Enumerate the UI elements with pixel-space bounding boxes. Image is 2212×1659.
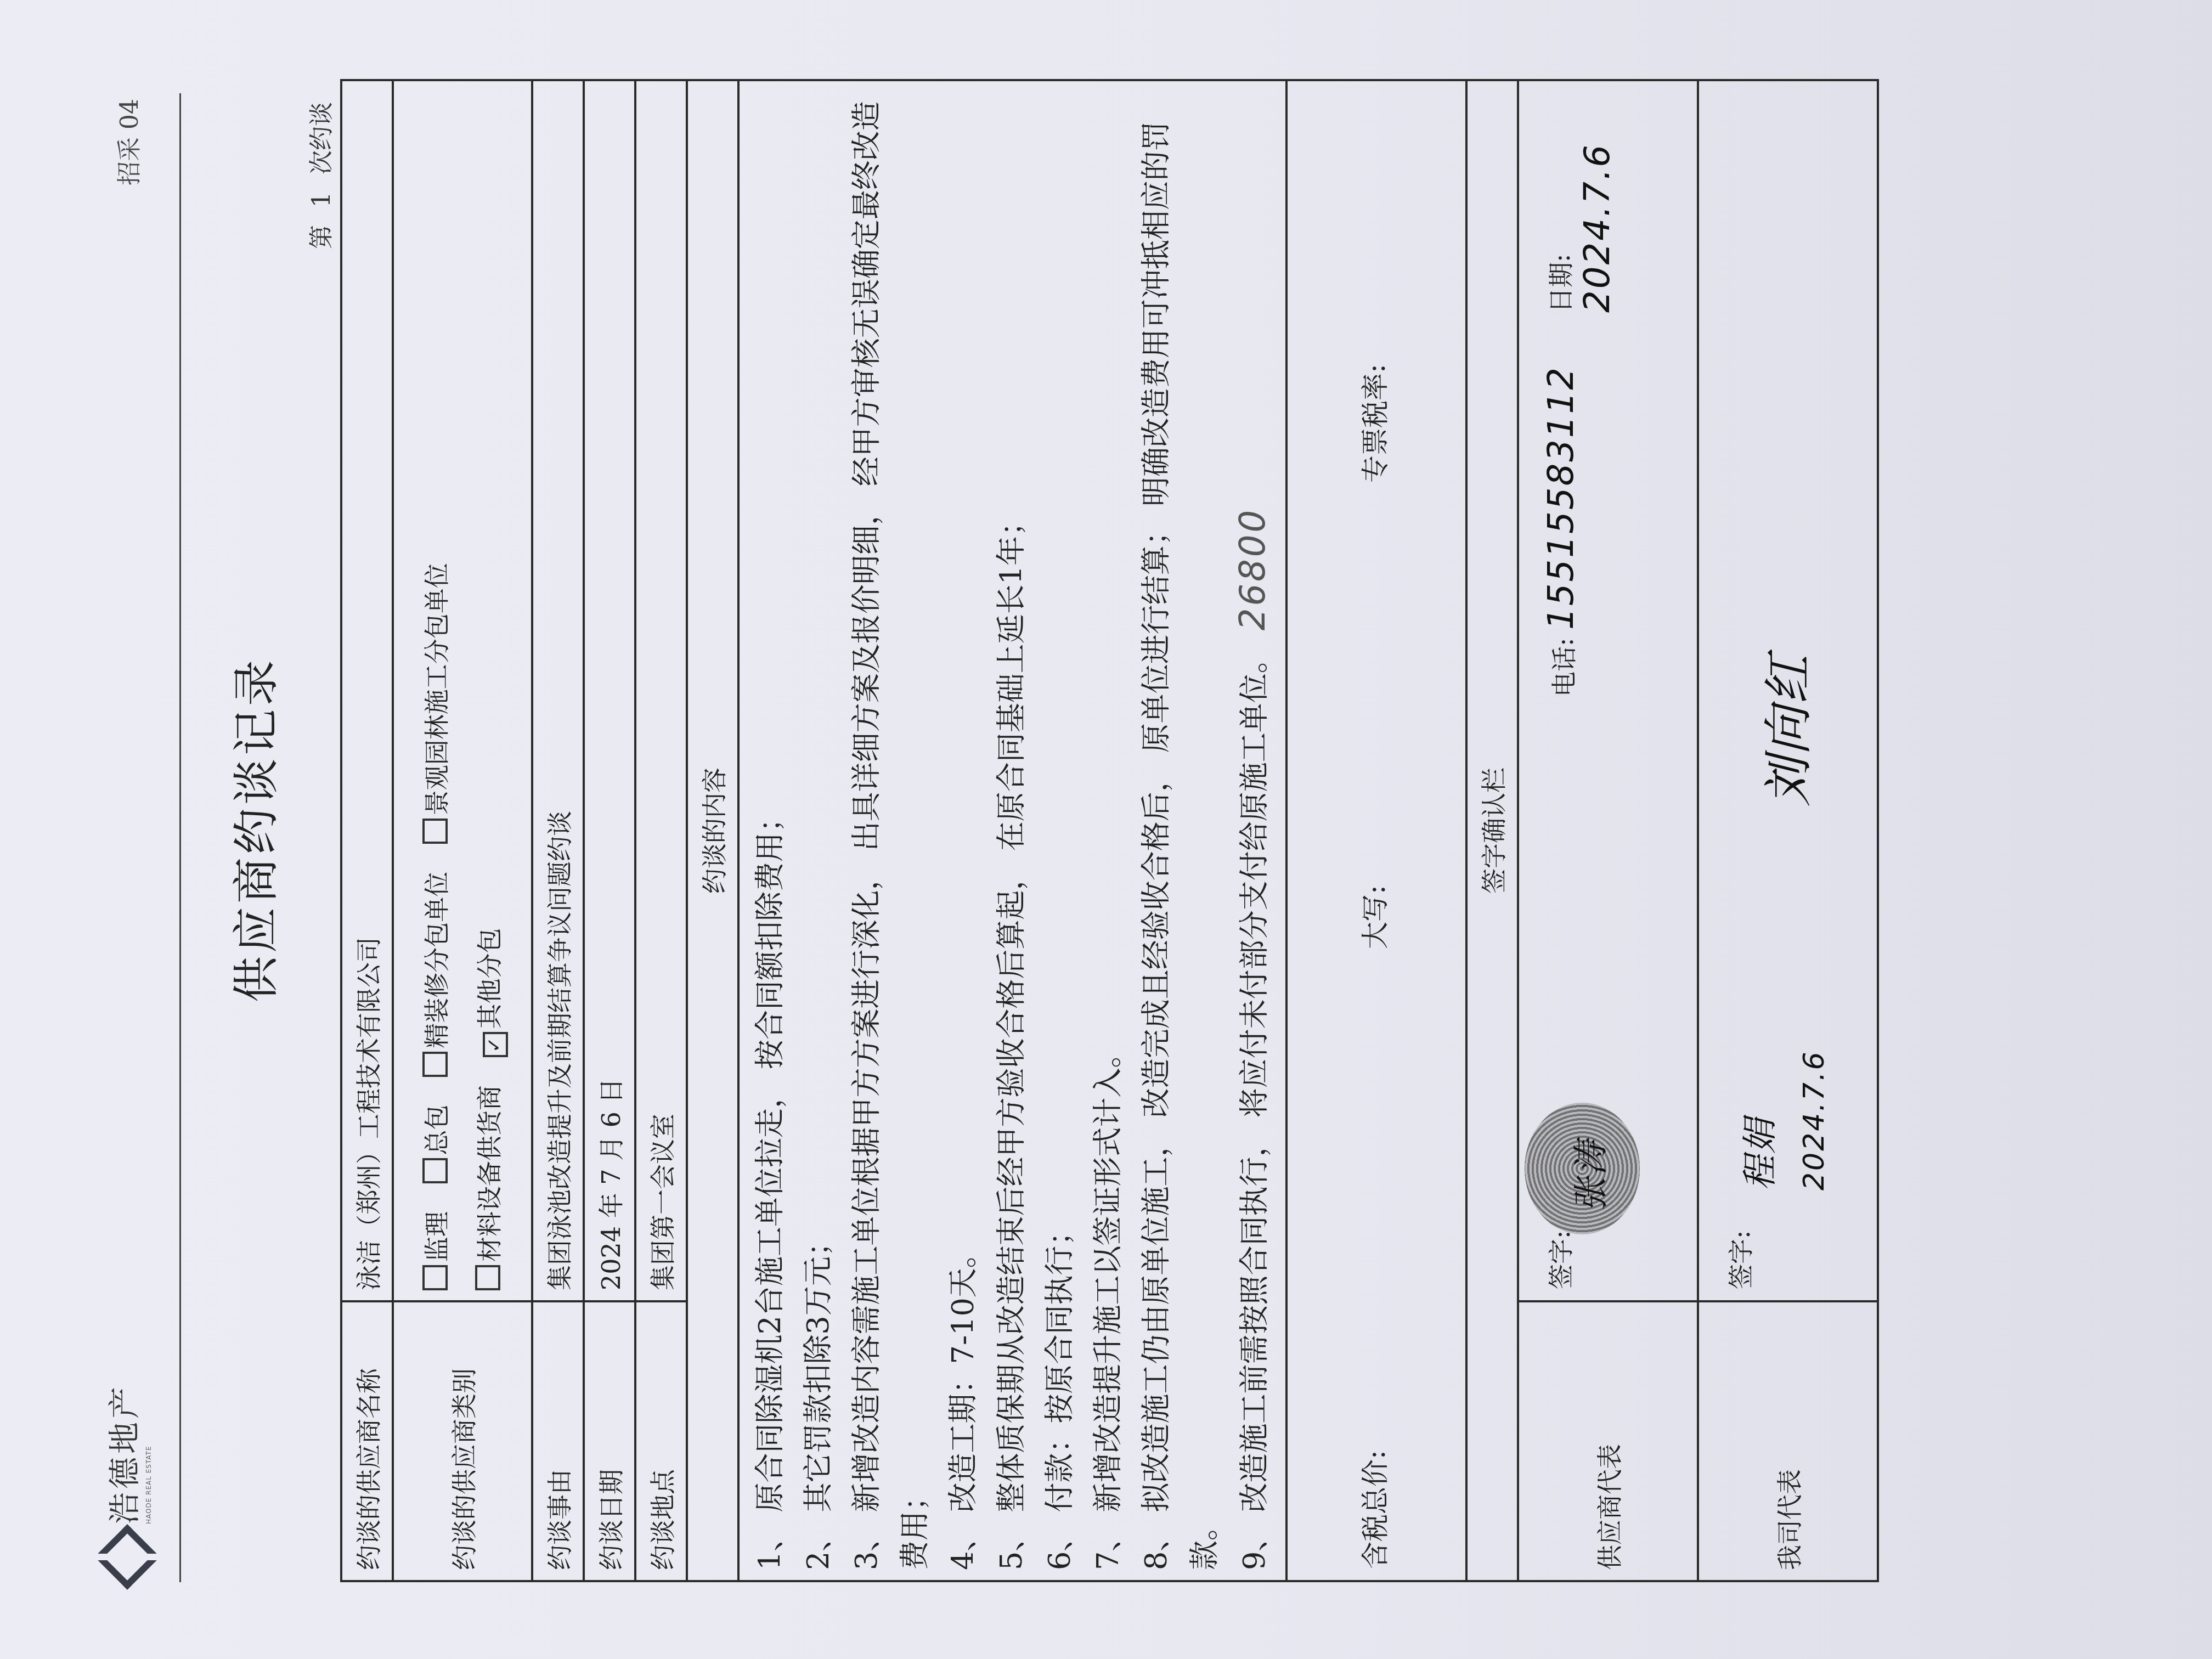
category-general-contractor[interactable]: 总包 (422, 1104, 452, 1183)
content-item: 6、 付款：按原合同执行； (1036, 91, 1084, 1570)
document-page: 浩德地产 HAODE REAL ESTATE 招采 04 供应商约谈记录 第1次… (0, 0, 2212, 1659)
supplier-name-value: 泳洁（郑州）工程技术有限公司 (341, 80, 393, 1301)
content-item: 9、 改造施工前需按照合同执行， 将应付未付部分支付给原施工单位。26800 (1229, 91, 1279, 1570)
checkbox-icon[interactable] (422, 819, 448, 844)
content-item: 3、 新增改造内容需施工单位根据甲方方案进行深化， 出具详细方案及报价明细， 经… (843, 91, 939, 1570)
checkbox-icon[interactable] (422, 1265, 448, 1290)
date-label: 约谈日期 (584, 1301, 635, 1581)
content-item: 5、 整体质保期从改造结束后经甲方验收合格后算起， 在原合同基础上延长1年； (988, 91, 1036, 1570)
header-divider (179, 93, 181, 1582)
date-value: 2024 年 7 月 6 日 (584, 80, 635, 1301)
supplier-signature-cell[interactable]: 签字: 张涛 电话: 15515583112 日期: 2024.7.6 (1518, 80, 1698, 1301)
interview-round: 第1次约谈 (302, 93, 337, 258)
checkbox-icon[interactable] (422, 1052, 448, 1077)
page-header: 浩德地产 HAODE REAL ESTATE 招采 04 (88, 93, 181, 1582)
supplier-rep-label: 供应商代表 (1518, 1301, 1698, 1581)
reason-value: 集团泳池改造提升及前期结算争议问题约谈 (532, 80, 584, 1301)
checkbox-icon[interactable] (475, 1265, 500, 1290)
content-item: 7、 新增改造提升施工以签证形式计入。 (1084, 91, 1132, 1570)
phone-value: 15515583112 (1541, 366, 1582, 630)
category-fitout-sub[interactable]: 精装修分包单位 (422, 872, 452, 1077)
company-sign-date: 2024.7.6 (1798, 1050, 1831, 1190)
supplier-category-options: 监理 总包 精装修分包单位 景观园林施工分包单位 材料设备供货商 ✓其他分包 (393, 80, 532, 1301)
location-label: 约谈地点 (635, 1301, 687, 1581)
round-number: 1 (308, 183, 336, 216)
category-material-supplier[interactable]: 材料设备供货商 (475, 1085, 504, 1290)
signature-heading-row: 签字确认栏 (1466, 80, 1518, 1581)
supplier-category-label: 约谈的供应商类别 (393, 1301, 532, 1581)
tax-rate-label: 专票税率: (1353, 364, 1393, 483)
company-logo: 浩德地产 HAODE REAL ESTATE (99, 1384, 153, 1582)
company-rep-label: 我司代表 (1698, 1301, 1878, 1581)
page-title: 供应商约谈记录 (219, 0, 286, 1659)
reason-row: 约谈事由 集团泳池改造提升及前期结算争议问题约谈 (532, 80, 584, 1581)
supplier-sign-label: 签字: (1541, 1231, 1577, 1290)
supplier-name-label: 约谈的供应商名称 (341, 1301, 393, 1581)
total-price-label: 含税总价: (1353, 1450, 1393, 1569)
content-row: 1、 原合同除湿机2台施工单位拉走， 按合同额扣除费用； 2、 其它罚款扣除3万… (738, 80, 1286, 1581)
content-item: 1、 原合同除湿机2台施工单位拉走， 按合同额扣除费用； (746, 91, 794, 1570)
supplier-rep-row: 供应商代表 签字: 张涛 电话: 15515583112 日期: 2024.7.… (1518, 80, 1698, 1581)
logo-text: 浩德地产 (106, 1384, 143, 1524)
logo-icon (101, 1533, 150, 1582)
handwritten-amount: 26800 (1233, 508, 1273, 631)
location-value: 集团第一会议室 (635, 80, 687, 1301)
category-landscape-sub[interactable]: 景观园林施工分包单位 (422, 563, 452, 844)
content-item: 4、 改造工期：7-10天。 (939, 91, 988, 1570)
category-other-sub[interactable]: ✓其他分包 (475, 928, 504, 1057)
supplier-signature: 张涛 (1563, 1139, 1613, 1212)
company-rep-row: 我司代表 签字: 程娟 2024.7.6 刘向红 (1698, 80, 1878, 1581)
uppercase-amount-label: 大写: (1353, 885, 1393, 949)
supplier-category-row: 约谈的供应商类别 监理 总包 精装修分包单位 景观园林施工分包单位 材料设备供货… (393, 80, 532, 1581)
content-heading: 约谈的内容 (687, 80, 738, 1581)
content-heading-row: 约谈的内容 (687, 80, 738, 1581)
company-signature-cell[interactable]: 签字: 程娟 2024.7.6 刘向红 (1698, 80, 1878, 1301)
content-list: 1、 原合同除湿机2台施工单位拉走， 按合同额扣除费用； 2、 其它罚款扣除3万… (738, 80, 1286, 1581)
content-item: 8、 拟改造施工仍由原单位施工， 改造完成且经验收合格后， 原单位进行结算； 明… (1132, 91, 1229, 1570)
phone-field: 电话: 15515583112 (1541, 366, 1582, 697)
company-sign-label: 签字: (1721, 1231, 1757, 1290)
reason-label: 约谈事由 (532, 1301, 584, 1581)
location-row: 约谈地点 集团第一会议室 (635, 80, 687, 1581)
pricing-row: 含税总价: 大写: 专票税率: (1286, 80, 1466, 1581)
date-row: 约谈日期 2024 年 7 月 6 日 (584, 80, 635, 1581)
checkbox-icon[interactable] (422, 1158, 448, 1183)
interview-form-table: 约谈的供应商名称 泳洁（郑州）工程技术有限公司 约谈的供应商类别 监理 总包 精… (340, 79, 1879, 1582)
content-item: 2、 其它罚款扣除3万元； (794, 91, 843, 1570)
category-supervision[interactable]: 监理 (422, 1211, 452, 1290)
company-signature-2: 程娟 (1732, 1117, 1782, 1190)
sign-date-value: 2024.7.6 (1577, 143, 1618, 313)
checkbox-checked-icon[interactable]: ✓ (483, 1032, 508, 1057)
signature-heading: 签字确认栏 (1466, 80, 1518, 1581)
logo-subtext: HAODE REAL ESTATE (145, 1384, 153, 1524)
supplier-name-row: 约谈的供应商名称 泳洁（郑州）工程技术有限公司 (341, 80, 393, 1581)
date-field: 日期: 2024.7.6 (1541, 81, 1618, 313)
form-code: 招采 04 (110, 99, 145, 185)
company-signature-1: 刘向红 (1748, 653, 1820, 806)
